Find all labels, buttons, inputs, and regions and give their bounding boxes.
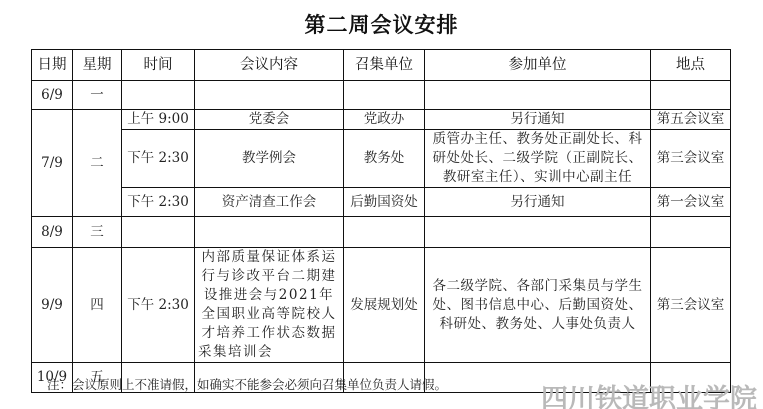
weekday-cell: 三 — [73, 217, 122, 248]
date-cell: 6/9 — [32, 81, 73, 110]
date-cell: 7/9 — [32, 110, 73, 217]
attendees-cell — [425, 217, 651, 248]
location-cell: 第三会议室 — [651, 248, 731, 363]
attendees-cell: 另行通知 — [425, 110, 651, 130]
host-cell: 党政办 — [344, 110, 425, 130]
table-row: 下午 2:30 资产清查工作会 后勤国资处 另行通知 第一会议室 — [32, 188, 731, 217]
header-attendees: 参加单位 — [425, 50, 651, 81]
weekday-cell: 四 — [73, 248, 122, 363]
table-row: 8/9 三 — [32, 217, 731, 248]
location-cell: 第一会议室 — [651, 188, 731, 217]
institution-watermark: 四川铁道职业学院 — [541, 377, 757, 409]
attendees-cell: 各二级学院、各部门采集员与学生处、图书信息中心、后勤国资处、科研处、教务处、人事… — [425, 248, 651, 363]
table-header-row: 日期 星期 时间 会议内容 召集单位 参加单位 地点 — [32, 50, 731, 81]
header-time: 时间 — [122, 50, 195, 81]
table-row: 7/9 二 上午 9:00 党委会 党政办 另行通知 第五会议室 — [32, 110, 731, 130]
time-cell: 上午 9:00 — [122, 110, 195, 130]
weekday-cell: 二 — [73, 110, 122, 217]
attendees-cell — [425, 81, 651, 110]
location-cell: 第三会议室 — [651, 130, 731, 188]
topic-cell: 资产清查工作会 — [195, 188, 344, 217]
weekday-cell: 一 — [73, 81, 122, 110]
table-row: 6/9 一 — [32, 81, 731, 110]
table-row: 9/9 四 下午 2:30 内部质量保证体系运行与诊改平台二期建设推进会与202… — [32, 248, 731, 363]
time-cell: 下午 2:30 — [122, 188, 195, 217]
attendees-cell: 质管办主任、教务处正副处长、科研处处长、二级学院（正副院长、教研室主任）、实训中… — [425, 130, 651, 188]
topic-cell: 内部质量保证体系运行与诊改平台二期建设推进会与2021年全国职业高等院校人才培养… — [195, 248, 344, 363]
date-cell: 8/9 — [32, 217, 73, 248]
header-location: 地点 — [651, 50, 731, 81]
date-cell: 9/9 — [32, 248, 73, 363]
topic-cell — [195, 81, 344, 110]
header-weekday: 星期 — [73, 50, 122, 81]
time-cell: 下午 2:30 — [122, 130, 195, 188]
attendees-cell: 另行通知 — [425, 188, 651, 217]
table-row: 下午 2:30 教学例会 教务处 质管办主任、教务处正副处长、科研处处长、二级学… — [32, 130, 731, 188]
host-cell: 后勤国资处 — [344, 188, 425, 217]
time-cell: 下午 2:30 — [122, 248, 195, 363]
location-cell: 第五会议室 — [651, 110, 731, 130]
header-topic: 会议内容 — [195, 50, 344, 81]
header-date: 日期 — [32, 50, 73, 81]
host-cell: 教务处 — [344, 130, 425, 188]
topic-cell: 教学例会 — [195, 130, 344, 188]
host-cell — [344, 217, 425, 248]
header-host: 召集单位 — [344, 50, 425, 81]
footnote: 注：会议原则上不准请假，如确实不能参会必须向召集单位负责人请假。 — [47, 375, 447, 393]
topic-cell — [195, 217, 344, 248]
time-cell — [122, 217, 195, 248]
location-cell — [651, 81, 731, 110]
page-title: 第二周会议安排 — [0, 9, 763, 39]
host-cell: 发展规划处 — [344, 248, 425, 363]
host-cell — [344, 81, 425, 110]
topic-cell: 党委会 — [195, 110, 344, 130]
time-cell — [122, 81, 195, 110]
location-cell — [651, 217, 731, 248]
meeting-schedule-table: 日期 星期 时间 会议内容 召集单位 参加单位 地点 6/9 一 7/9 二 上… — [31, 49, 731, 393]
